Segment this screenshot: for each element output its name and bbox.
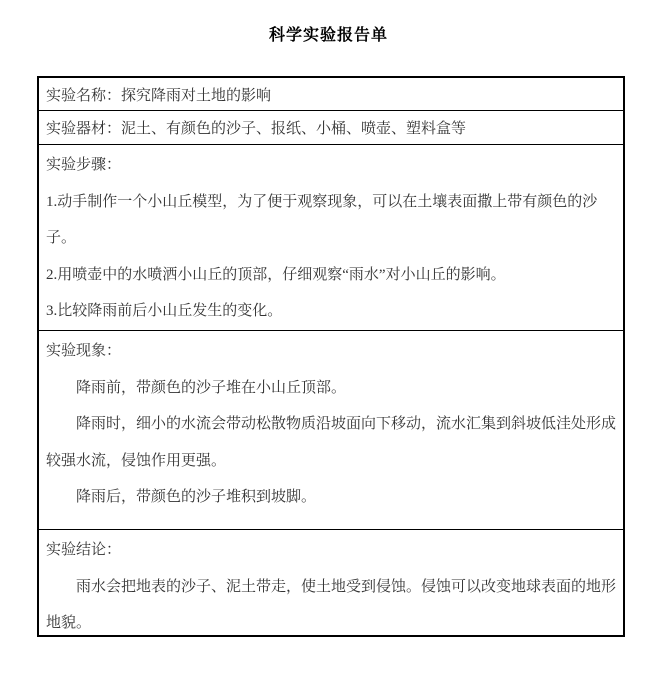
experiment-step-2: 2.用喷壶中的水喷洒小山丘的顶部，仔细观察“雨水”对小山丘的影响。 — [46, 257, 616, 294]
experiment-phenomena-label: 实验现象： — [46, 333, 616, 370]
table-row-experiment-phenomena: 实验现象： 降雨前，带颜色的沙子堆在小山丘顶部。 降雨时，细小的水流会带动松散物… — [39, 331, 623, 530]
experiment-phenomena-during: 降雨时，细小的水流会带动松散物质沿坡面向下移动，流水汇集到斜坡低洼处形成较强水流… — [46, 406, 616, 479]
table-row-experiment-materials: 实验器材：泥土、有颜色的沙子、报纸、小桶、喷壶、塑料盒等 — [39, 111, 623, 145]
experiment-step-3: 3.比较降雨前后小山丘发生的变化。 — [46, 293, 616, 330]
document-page: 科学实验报告单 实验名称：探究降雨对土地的影响 实验器材：泥土、有颜色的沙子、报… — [0, 0, 657, 691]
experiment-name-value: 探究降雨对土地的影响 — [121, 84, 271, 105]
experiment-step-1: 1.动手制作一个小山丘模型，为了便于观察现象，可以在土壤表面撒上带有颜色的沙子。 — [46, 184, 616, 257]
page-title: 科学实验报告单 — [0, 22, 657, 45]
experiment-name-label: 实验名称： — [46, 84, 121, 105]
report-table: 实验名称：探究降雨对土地的影响 实验器材：泥土、有颜色的沙子、报纸、小桶、喷壶、… — [37, 76, 625, 637]
experiment-phenomena-after: 降雨后，带颜色的沙子堆积到坡脚。 — [46, 479, 616, 516]
experiment-materials-label: 实验器材： — [46, 117, 121, 138]
table-row-experiment-steps: 实验步骤： 1.动手制作一个小山丘模型，为了便于观察现象，可以在土壤表面撒上带有… — [39, 145, 623, 331]
table-row-experiment-name: 实验名称：探究降雨对土地的影响 — [39, 78, 623, 111]
experiment-materials-value: 泥土、有颜色的沙子、报纸、小桶、喷壶、塑料盒等 — [121, 117, 466, 138]
table-row-experiment-conclusion: 实验结论： 雨水会把地表的沙子、泥土带走，使土地受到侵蚀。侵蚀可以改变地球表面的… — [39, 530, 623, 635]
experiment-conclusion-text: 雨水会把地表的沙子、泥土带走，使土地受到侵蚀。侵蚀可以改变地球表面的地形地貌。 — [46, 569, 616, 642]
experiment-conclusion-label: 实验结论： — [46, 532, 616, 569]
experiment-steps-label: 实验步骤： — [46, 147, 616, 184]
experiment-phenomena-before: 降雨前，带颜色的沙子堆在小山丘顶部。 — [46, 370, 616, 407]
